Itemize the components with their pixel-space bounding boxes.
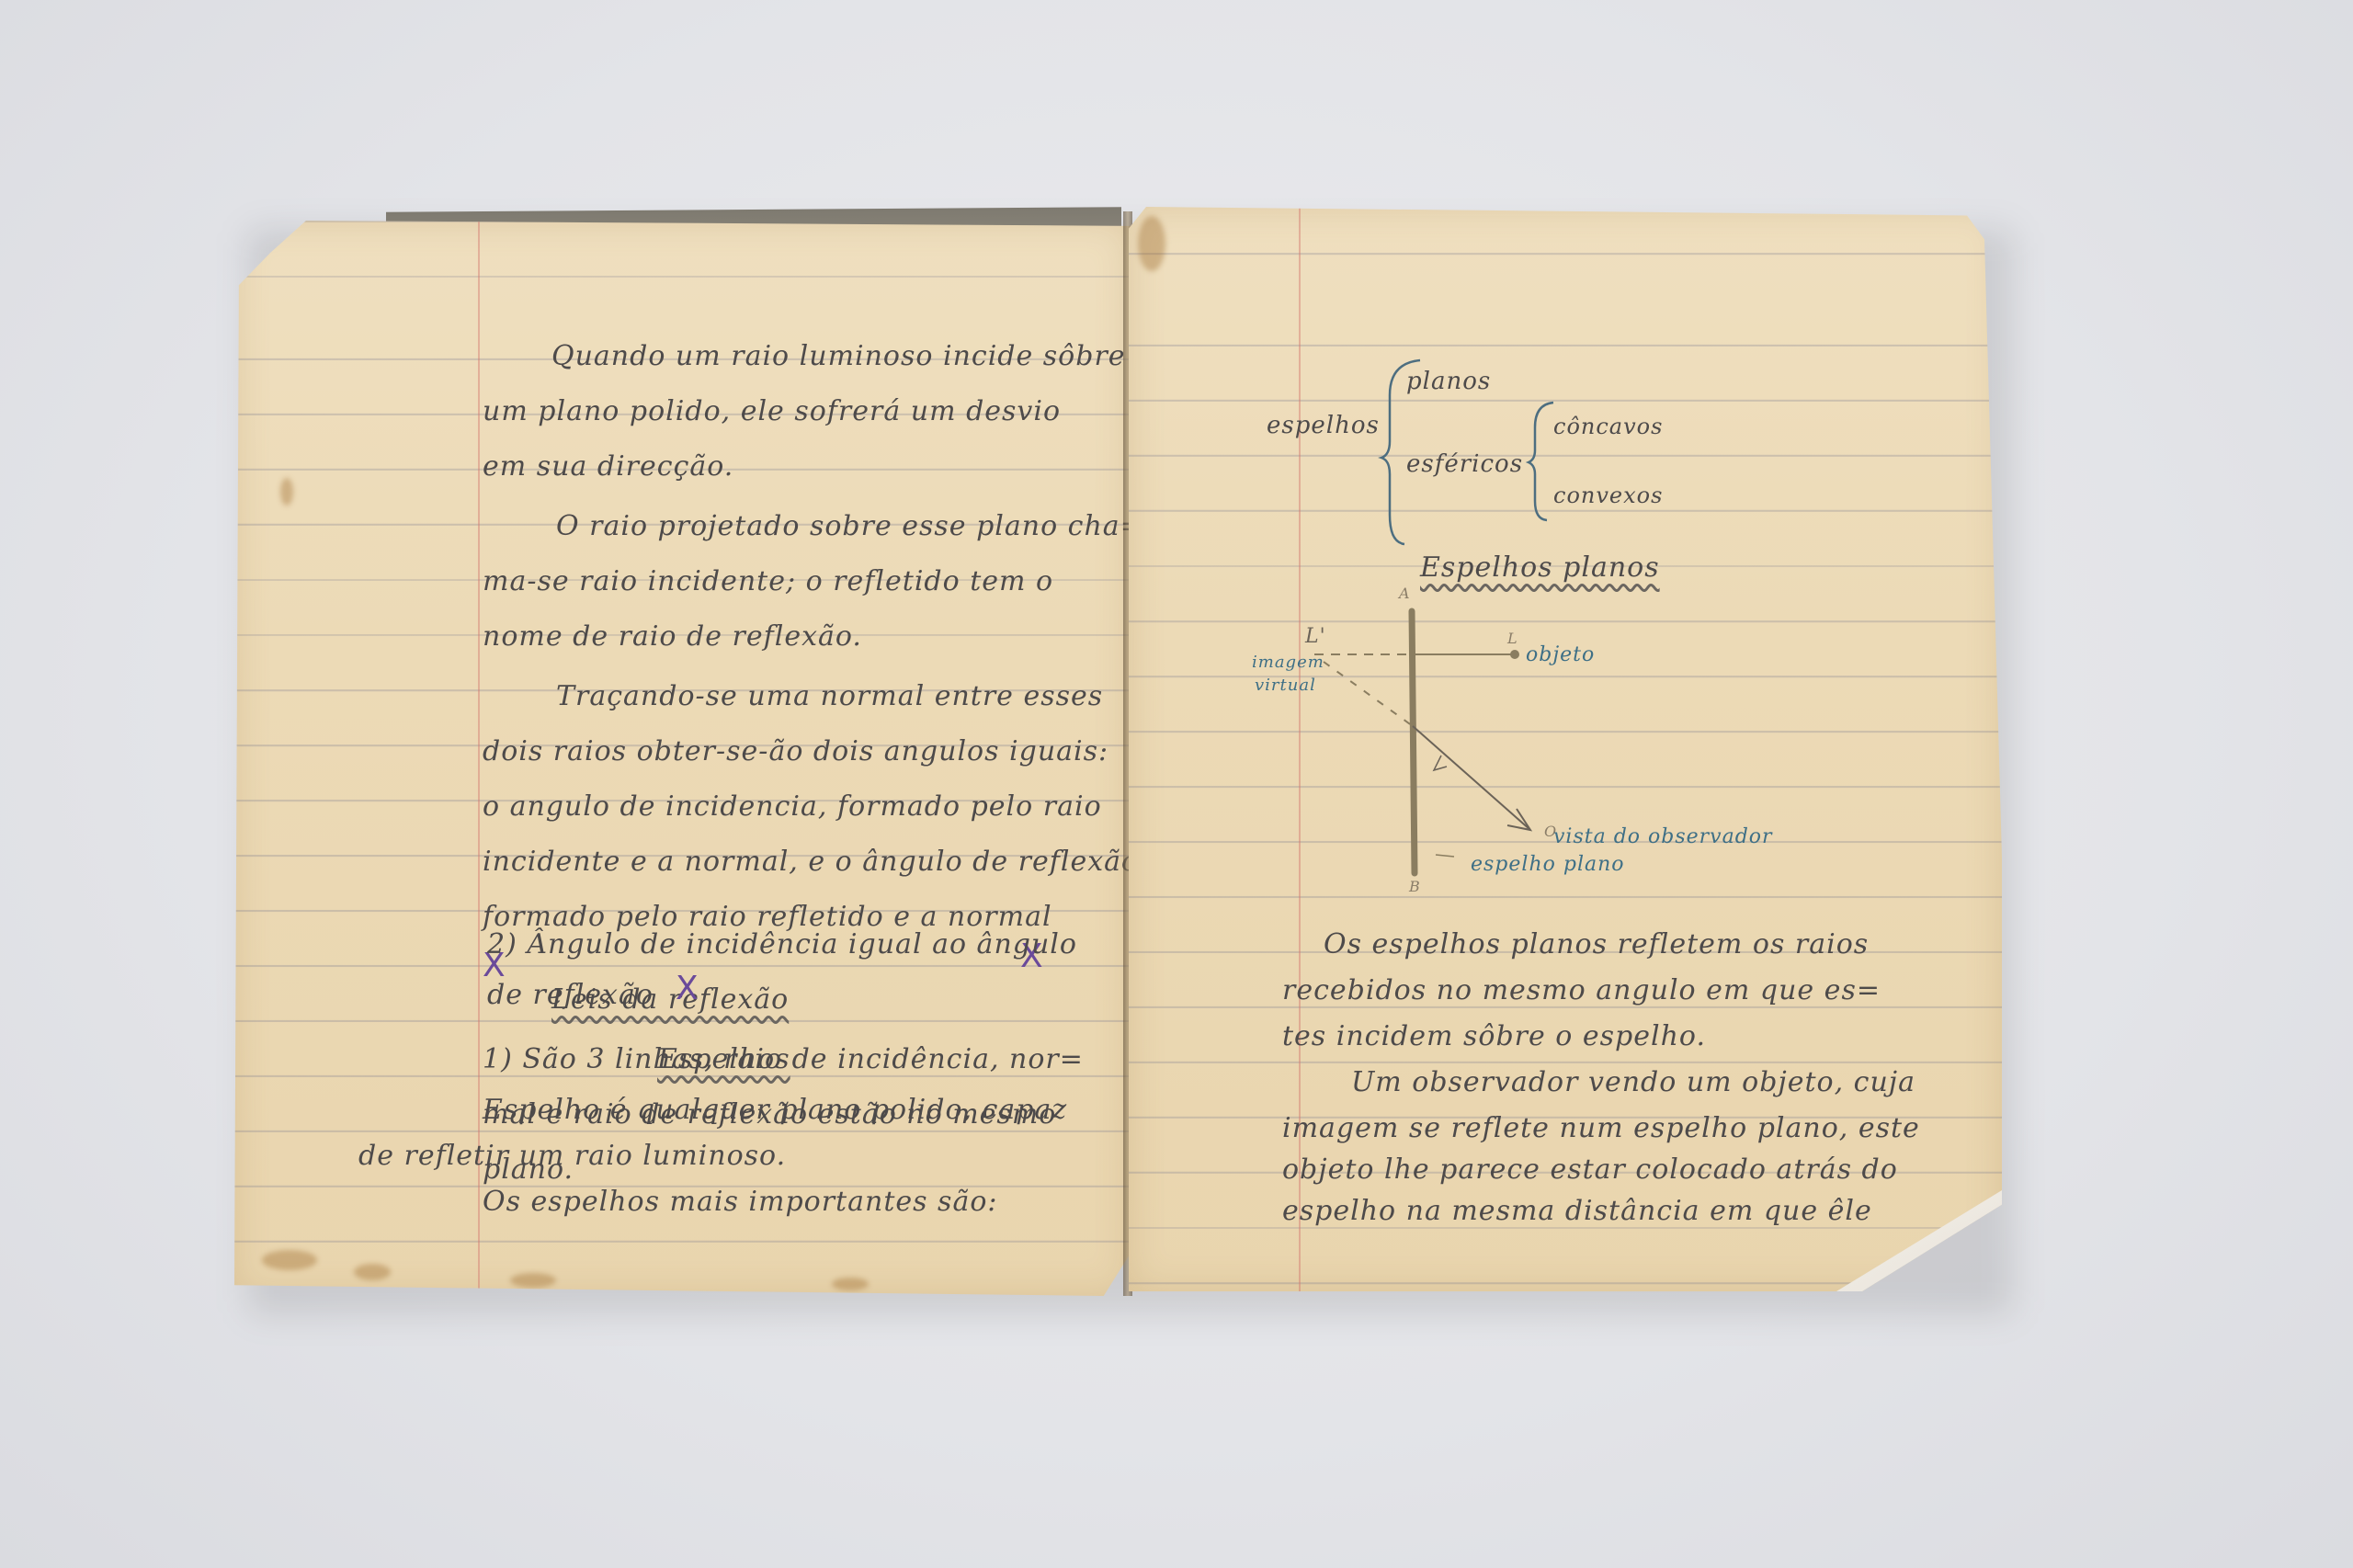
diagram-label-object: objeto (1526, 643, 1595, 666)
curly-brace (1381, 360, 1420, 544)
text-line: recebidos no mesmo angulo em que es= (1282, 974, 1881, 1006)
diagram-label-object-point: L (1507, 630, 1518, 647)
text-line: espelho na mesma distância em que êle (1282, 1195, 1872, 1227)
text-line: tes incidem sôbre o espelho. (1282, 1020, 1706, 1052)
text-line: Um observador vendo um objeto, cuja (1351, 1066, 1915, 1098)
diagram-label-a: A (1399, 585, 1411, 602)
arrowhead-icon (1434, 756, 1447, 770)
diagram-label-mirror: espelho plano (1471, 853, 1625, 876)
diagram-label-image-point: L' (1305, 625, 1326, 648)
pointer-arrow-icon (1436, 855, 1454, 857)
curly-brace (1529, 403, 1553, 520)
mirror-diagram (0, 0, 2353, 1568)
virtual-ray (1324, 662, 1413, 726)
diagram-label-observer: vista do observador (1553, 825, 1773, 848)
text-line: objeto lhe parece estar colocado atrás d… (1282, 1153, 1898, 1186)
diagram-label-image: imagem (1252, 653, 1324, 672)
text-line: Os espelhos planos refletem os raios (1324, 928, 1869, 960)
diagram-label-b: B (1409, 878, 1421, 895)
section-heading: Espelhos planos (1420, 551, 1660, 584)
diagram-label-image: virtual (1255, 676, 1316, 695)
reflected-ray (1413, 726, 1530, 830)
object-point (1510, 650, 1519, 659)
mirror-line (1412, 611, 1415, 873)
text-line: imagem se reflete num espelho plano, est… (1282, 1112, 1920, 1144)
